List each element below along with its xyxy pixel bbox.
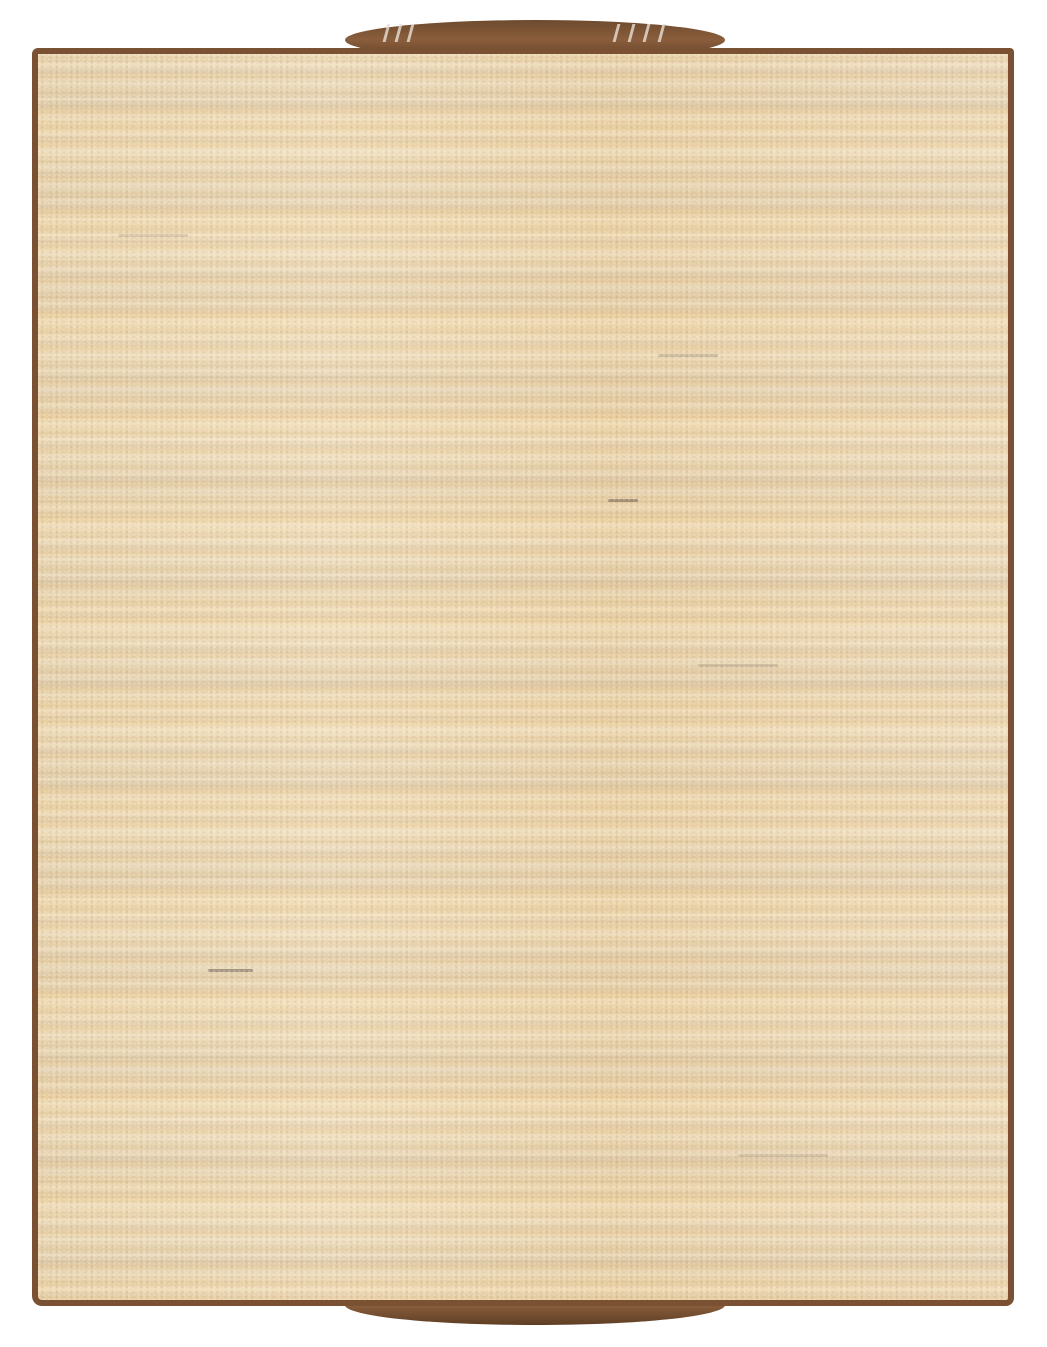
stitch [643, 24, 651, 42]
fleck [118, 234, 188, 237]
wool-rug-surface [32, 48, 1014, 1306]
fleck [608, 499, 638, 502]
stitch [395, 24, 403, 42]
fleck [208, 969, 253, 972]
stitch [383, 24, 391, 42]
stitch [658, 24, 666, 42]
stitch [407, 24, 415, 42]
fleck [698, 664, 778, 667]
stitch [628, 24, 636, 42]
stitch [613, 24, 621, 42]
fleck [658, 354, 718, 357]
photo-scene [0, 0, 1047, 1347]
fleck [738, 1154, 828, 1157]
